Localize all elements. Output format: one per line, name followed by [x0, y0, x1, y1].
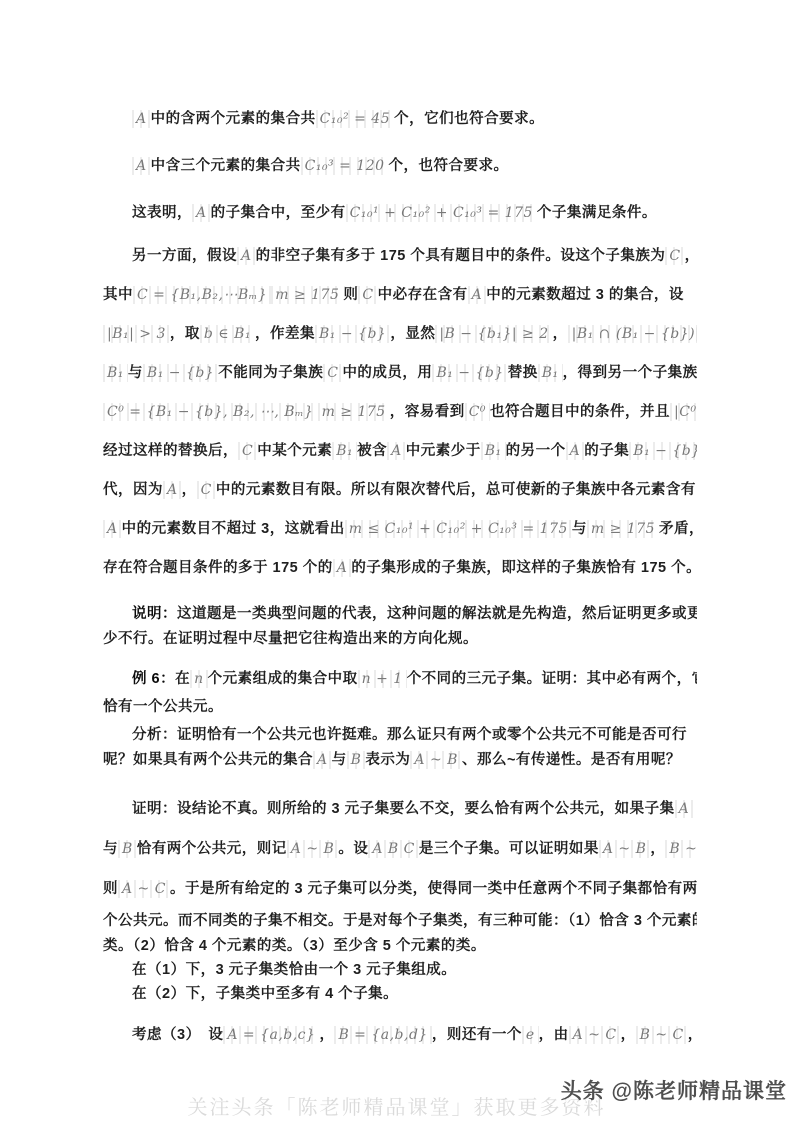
- paragraph-claim-total-175: 这表明，A的子集合中，至少有C₁₀¹ + C₁₀² + C₁₀³ = 175个子…: [103, 190, 697, 237]
- math-formula: e: [522, 1026, 539, 1044]
- math-formula: A: [468, 286, 487, 304]
- text-run: 这道题是一类典型问题的代表，这种问题的解法就是先构造，然后证明更多或更: [177, 606, 697, 622]
- text-line: 个公共元。而不同类的子集不相交。于是对每个子集类，有三种可能：（1）恰含 3 个…: [103, 909, 697, 934]
- text-line: 代，因为A，C中的元素数目有限。所以有限次替代后，总可使新的子集族中各元素含有: [103, 471, 697, 510]
- text-run: 代，因为: [103, 482, 163, 498]
- text-run: 也符合题目中的条件，并且: [490, 404, 670, 420]
- text-run: 中含三个元素的集合共: [151, 158, 301, 174]
- document-content: A中的含两个元素的集合共C₁₀² = 45个，它们也符合要求。A中含三个元素的集…: [103, 96, 697, 1050]
- text-line: B₁与B₁ − {b}不能同为子集族C中的成员，用B₁ − {b}替换B₁，得到…: [103, 354, 697, 393]
- math-formula: n: [190, 670, 208, 688]
- text-run: 个，它们也符合要求。: [394, 111, 544, 127]
- math-formula: C: [323, 364, 342, 382]
- math-formula: A: [387, 442, 406, 460]
- text-run: 的子集: [584, 443, 629, 459]
- text-line: A中含三个元素的集合共C₁₀³ = 120个，也符合要求。: [103, 143, 697, 190]
- text-run: 这表明，: [132, 205, 192, 221]
- text-run: 中的元素数目有限。所以有限次替代后，总可使新的子集族中各元素含有: [216, 482, 696, 498]
- text-run: 不能同为子集族: [218, 365, 323, 381]
- text-line: 证明：设结论不真。则所给的 3 元子集要么不交，要么恰有两个公共元，如果子集A: [103, 789, 697, 829]
- text-line: 说明：这道题是一类典型问题的代表，这种问题的解法就是先构造，然后证明更多或更: [103, 602, 697, 627]
- text-run: 中元素少于: [406, 443, 481, 459]
- text-run: ，有: [688, 1027, 697, 1043]
- math-formula: A: [192, 204, 211, 222]
- math-formula: C: [238, 442, 257, 460]
- text-run: ，显然: [390, 326, 435, 342]
- paragraph-label: 说明：: [132, 606, 177, 622]
- math-formula: |C⁰| = |C|: [670, 403, 697, 421]
- text-run: 的子集合中，至少有: [211, 205, 346, 221]
- math-formula: B₁ − {b}: [315, 325, 390, 343]
- math-formula: m ≤ C₁₀¹ + C₁₀² + C₁₀³ = 175: [345, 520, 572, 538]
- math-formula: C: [665, 247, 684, 265]
- text-line: 分析：证明恰有一个公共元也许挺难。那么证只有两个或零个公共元不可能是否可行: [103, 723, 697, 748]
- math-formula: B₁: [332, 442, 357, 460]
- text-run: 、那么~有传递性。是否有用呢？: [462, 752, 681, 768]
- math-formula: A: [566, 442, 585, 460]
- math-formula: C⁰: [465, 403, 490, 421]
- math-formula: B = {a,b,d}: [334, 1026, 431, 1044]
- text-run: 证明：设结论不真。则所给的 3 元子集要么不交，要么恰有两个公共元，如果子集: [132, 801, 675, 817]
- text-run: 呢？如果具有两个公共元的集合: [103, 752, 313, 768]
- paragraph-consider3: 考虑（3） 设A = {a,b,c}，B = {a,b,d}，则还有一个e，由A…: [103, 1020, 697, 1050]
- text-run: 表示为: [365, 752, 410, 768]
- text-run: 少不行。在证明过程中尽量把它往构造出来的方向化规。: [103, 631, 478, 647]
- text-run: 与: [572, 521, 587, 537]
- text-run: ，: [553, 326, 568, 342]
- math-formula: C: [358, 286, 377, 304]
- text-run: 的非空子集有多于 175 个具有题目中的条件。设这个子集族为: [256, 248, 666, 264]
- text-line: 则A ~ C。于是所有给定的 3 元子集可以分类，使得同一类中任意两个不同子集都…: [103, 869, 697, 909]
- math-formula: n + 1: [358, 670, 407, 688]
- watermark-byline: 头条 @陈老师精品课堂: [561, 1075, 787, 1105]
- text-run: 中的元素数目不超过 3，这就看出: [122, 521, 345, 537]
- math-formula: B₁: [481, 442, 506, 460]
- text-run: ，: [621, 1027, 636, 1043]
- text-run: 存在符合题目条件的多于 175 个的: [103, 560, 333, 576]
- math-formula: B: [347, 751, 366, 769]
- text-run: 恰有一个公共元。: [103, 699, 223, 715]
- math-formula: A ~ B: [599, 840, 651, 858]
- math-formula: A: [163, 481, 182, 499]
- text-run: 个，也符合要求。: [389, 158, 509, 174]
- text-run: 个公共元。而不同类的子集不相交。于是对每个子集类，有三种可能：（1）恰含 3 个…: [103, 913, 697, 929]
- text-run: 个不同的三元子集。证明：其中必有两个，它们: [407, 671, 697, 687]
- text-line: 与B恰有两个公共元，则记A ~ B。设A B C是三个子集。可以证明如果A ~ …: [103, 829, 697, 869]
- paragraph-label: 例 6：: [132, 671, 175, 687]
- math-formula: C: [197, 481, 216, 499]
- text-run: ，得到另一个子集族：: [563, 365, 697, 381]
- text-line: A中的含两个元素的集合共C₁₀² = 45个，它们也符合要求。: [103, 96, 697, 143]
- text-line: 少不行。在证明过程中尽量把它往构造出来的方向化规。: [103, 627, 697, 652]
- text-run: ，作差集: [255, 326, 315, 342]
- text-run: ，则还有一个: [432, 1027, 522, 1043]
- text-line: 经过这样的替换后，C中某个元素B₁被含A中元素少于B₁的另一个A的子集B₁ − …: [103, 432, 697, 471]
- math-formula: m ≥ 175: [318, 403, 390, 421]
- text-run: 中某个元素: [257, 443, 332, 459]
- math-formula: B: [118, 840, 137, 858]
- math-formula: B₁ − {b}: [629, 442, 697, 460]
- math-formula: A: [132, 157, 151, 175]
- text-line: |B₁| > 3，取b ∈ B₁，作差集B₁ − {b}，显然|B − {b₁}…: [103, 315, 697, 354]
- text-run: 与: [332, 752, 347, 768]
- paragraph-note: 说明：这道题是一类典型问题的代表，这种问题的解法就是先构造，然后证明更多或更少不…: [103, 602, 697, 652]
- math-formula: |B₁ ∩ (B₁ − {b})| ≥ 2: [568, 325, 697, 343]
- text-run: 。于是所有给定的 3 元子集可以分类，使得同一类中任意两个不同子集都恰有两: [170, 881, 697, 897]
- paragraph-other-direction-argument: 另一方面，假设A的非空子集有多于 175 个具有题目中的条件。设这个子集族为C，…: [103, 237, 697, 588]
- math-formula: C₁₀² = 45: [316, 110, 395, 128]
- text-run: 个元素组成的集合中取: [208, 671, 358, 687]
- paragraph-proof: 证明：设结论不真。则所给的 3 元子集要么不交，要么恰有两个公共元，如果子集A与…: [103, 789, 697, 1006]
- paragraph-analysis: 分析：证明恰有一个公共元也许挺难。那么证只有两个或零个公共元不可能是否可行呢？如…: [103, 723, 697, 773]
- math-formula: A: [237, 247, 256, 265]
- text-line: 这表明，A的子集合中，至少有C₁₀¹ + C₁₀² + C₁₀³ = 175个子…: [103, 190, 697, 237]
- text-run: 是三个子集。可以证明如果: [419, 841, 599, 857]
- math-formula: m ≥ 175: [271, 286, 343, 304]
- math-formula: B₁ − {b}: [143, 364, 218, 382]
- text-run: 其中: [103, 287, 133, 303]
- paragraph-example6: 例 6：在n个元素组成的集合中取n + 1个不同的三元子集。证明：其中必有两个，…: [103, 664, 697, 721]
- text-line: 存在符合题目条件的多于 175 个的A的子集形成的子集族，即这样的子集族恰有 1…: [103, 549, 697, 588]
- text-line: 另一方面，假设A的非空子集有多于 175 个具有题目中的条件。设这个子集族为C，: [103, 237, 697, 276]
- text-line: 在（1）下，3 元子集类恰由一个 3 元子集组成。: [103, 958, 697, 982]
- math-formula: B₁: [538, 364, 563, 382]
- text-run: 考虑（3） 设: [132, 1027, 223, 1043]
- text-run: 替换: [508, 365, 538, 381]
- text-run: 恰有两个公共元，则记: [137, 841, 287, 857]
- text-run: 个子集满足条件。: [537, 205, 657, 221]
- math-formula: |B₁| > 3: [103, 325, 170, 343]
- text-run: 与: [103, 841, 118, 857]
- math-formula: b ∈ B₁: [200, 325, 255, 343]
- document-page: A中的含两个元素的集合共C₁₀² = 45个，它们也符合要求。A中含三个元素的集…: [0, 0, 793, 1123]
- text-line: 在（2）下，子集类中至多有 4 个子集。: [103, 982, 697, 1006]
- text-line: 其中C = {B₁,B₂,⋯Bₘ}m ≥ 175则C中必存在含有A中的元素数超过…: [103, 276, 697, 315]
- text-run: ，: [182, 482, 197, 498]
- math-formula: A: [675, 800, 694, 818]
- math-formula: A: [132, 110, 151, 128]
- math-formula: B ~ C: [665, 840, 697, 858]
- text-line: 恰有一个公共元。: [103, 694, 697, 721]
- math-formula: m ≥ 175: [587, 520, 659, 538]
- text-run: 类。（2）恰含 4 个元素的类。（3）至少含 5 个元素的类。: [103, 938, 486, 954]
- text-run: 另一方面，假设: [132, 248, 237, 264]
- text-line: 例 6：在n个元素组成的集合中取n + 1个不同的三元子集。证明：其中必有两个，…: [103, 664, 697, 694]
- text-line: C⁰ = {B₁ − {b}, B₂, ⋯, Bₘ}m ≥ 175，容易看到C⁰…: [103, 393, 697, 432]
- text-run: 则: [343, 287, 358, 303]
- text-run: ，取: [170, 326, 200, 342]
- text-run: 在: [175, 671, 190, 687]
- text-run: 在（2）下，子集类中至多有 4 个子集。: [132, 986, 398, 1002]
- math-formula: A ~ B: [410, 751, 462, 769]
- math-formula: A = {a,b,c}: [223, 1026, 319, 1044]
- math-formula: A ~ C: [569, 1026, 621, 1044]
- math-formula: A: [313, 751, 332, 769]
- math-formula: |B − {b₁}| ≥ 2: [435, 325, 552, 343]
- text-line: A中的元素数目不超过 3，这就看出m ≤ C₁₀¹ + C₁₀² + C₁₀³ …: [103, 510, 697, 549]
- math-formula: C₁₀³ = 120: [301, 157, 389, 175]
- math-formula: A ~ C: [118, 880, 170, 898]
- text-run: 的另一个: [506, 443, 566, 459]
- math-formula: C₁₀¹ + C₁₀² + C₁₀³ = 175: [346, 204, 537, 222]
- text-run: 的子集形成的子集族，即这样的子集族恰有 175 个。: [351, 560, 697, 576]
- text-run: ，: [319, 1027, 334, 1043]
- math-formula: B₁ − {b}: [432, 364, 507, 382]
- text-run: 矛盾，这表明不: [659, 521, 697, 537]
- paragraph-claim-three-element-subsets: A中含三个元素的集合共C₁₀³ = 120个，也符合要求。: [103, 143, 697, 190]
- text-run: ，: [650, 841, 665, 857]
- math-formula: C = {B₁,B₂,⋯Bₘ}: [133, 286, 271, 304]
- math-formula: C⁰ = {B₁ − {b}, B₂, ⋯, Bₘ}: [103, 403, 318, 421]
- math-formula: A B C: [368, 840, 419, 858]
- text-run: ，: [685, 248, 697, 264]
- text-line: 考虑（3） 设A = {a,b,c}，B = {a,b,d}，则还有一个e，由A…: [103, 1020, 697, 1050]
- text-run: 分析：证明恰有一个公共元也许挺难。那么证只有两个或零个公共元不可能是否可行: [132, 727, 687, 743]
- math-formula: A: [333, 559, 352, 577]
- text-run: ，由: [539, 1027, 569, 1043]
- text-run: 中必存在含有: [378, 287, 468, 303]
- text-run: 。设: [338, 841, 368, 857]
- text-run: 经过这样的替换后，: [103, 443, 238, 459]
- text-run: 中的元素数超过 3 的集合，设: [486, 287, 684, 303]
- text-run: 与: [128, 365, 143, 381]
- text-run: 中的含两个元素的集合共: [151, 111, 316, 127]
- text-run: 则: [103, 881, 118, 897]
- math-formula: B ~ C: [636, 1026, 688, 1044]
- text-run: 被含: [357, 443, 387, 459]
- paragraph-claim-two-element-subsets: A中的含两个元素的集合共C₁₀² = 45个，它们也符合要求。: [103, 96, 697, 143]
- text-line: 类。（2）恰含 4 个元素的类。（3）至少含 5 个元素的类。: [103, 934, 697, 958]
- text-run: 中的成员，用: [342, 365, 432, 381]
- text-run: ，容易看到: [390, 404, 465, 420]
- math-formula: B₁: [103, 364, 128, 382]
- math-formula: A: [103, 520, 122, 538]
- text-line: 呢？如果具有两个公共元的集合A与B表示为A ~ B、那么~有传递性。是否有用呢？: [103, 748, 697, 773]
- math-formula: A ~ B: [287, 840, 339, 858]
- text-run: 在（1）下，3 元子集类恰由一个 3 元子集组成。: [132, 962, 456, 978]
